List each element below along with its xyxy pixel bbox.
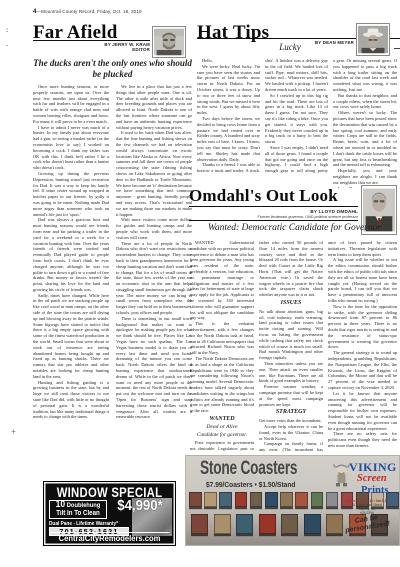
hat-tips-column-2: shot'. A hotshot was a delivery guy in t… [265, 58, 328, 174]
coaster-thumbnail [219, 492, 232, 507]
paragraph: I have to admit I never was much of a hu… [33, 125, 109, 171]
paragraph: Dad was always a gracious host and most … [33, 217, 109, 292]
window-ad-product-line2: Tilt In To Clean [53, 510, 102, 518]
paragraph: Campaign on family farms, if any exist. … [259, 441, 323, 452]
omdahl-subhead-wanted: WANTED [190, 417, 254, 423]
coasters-ad-pricing: $7.99/Coasters • $1.50/Stand [206, 480, 295, 489]
newspaper-page: 4—Mountrail County Record, Friday, Oct. … [0, 0, 400, 567]
paragraph: The North Dakota Democrats are in as bad… [190, 356, 254, 414]
omdahl-rule-bottom [189, 220, 358, 221]
window-special-ad: WINDOW SPECIAL 10 Doublehung Tilt In To … [43, 481, 176, 546]
paragraph: Hopefully, you and your neighbors are al… [333, 168, 397, 185]
paragraph: So I crawled up in this big rig and hit … [265, 93, 328, 145]
coaster-thumbnail [280, 492, 293, 507]
paragraph: Once more hunting seasons, or more prope… [33, 84, 109, 125]
omdahl-column-3: ance of laws passed by citizen initiativ… [328, 240, 397, 452]
print-mark [394, 48, 400, 49]
hat-tips-subtitle: Lucky [255, 42, 325, 52]
paragraph: Two days before the storm, we decided to… [197, 116, 260, 162]
paragraph: a gear. Or missing several gears. If you… [333, 58, 397, 93]
omdahl-headline: Wanted: Democratic Candidate for Governo… [189, 223, 400, 233]
print-mark: . [5, 40, 9, 48]
hat-tips-column-3: a gear. Or missing several gears. If you… [333, 58, 397, 188]
paragraph: There is something in our small town bac… [116, 316, 192, 420]
portrait-man-cowboy-hat-icon [358, 25, 388, 54]
hat-tips-title: Hat Tips [197, 22, 269, 44]
omdahl-col2-paras-b: No talk about abortion, guns, big oil, c… [259, 309, 323, 408]
print-mark: : [5, 26, 9, 34]
omdahl-subhead-issues: ISSUES [259, 301, 323, 307]
window-ad-product-box: 10 Doublehung Tilt In To Clean [49, 500, 107, 519]
paragraph: It used to be, back when Dad was alive, … [116, 130, 192, 217]
byline-role: EDITOR [58, 47, 150, 52]
far-afield-byline: BY JERRY W. KRAM EDITOR [58, 42, 150, 52]
omdahl-column-1: WANTED: Gubernatorial candidate with no … [190, 240, 254, 452]
omdahl-rule-top [189, 206, 358, 207]
far-afield-column-2: We live in a place that has just a few t… [116, 84, 192, 456]
omdahl-title: Omdahl's Out Look [189, 186, 338, 206]
hat-tips-column-1: Hello,We were lucky. Real lucky. I'm sur… [197, 58, 260, 174]
omdahl-subhead-dead-or-alive: Dead or Alive [190, 425, 254, 431]
window-ad-qty: 10 [56, 499, 66, 510]
paragraph: ance of laws passed by citizen initiativ… [328, 240, 397, 257]
paragraph: There are a lot of people in North Dakot… [116, 241, 192, 316]
paragraph: Growing up during the previous Depressio… [33, 171, 109, 217]
omdahl-subhead-strategy: STRATEGY [259, 410, 323, 416]
coaster-thumbnail [250, 492, 263, 507]
issue-line: —Mountrail County Record, Friday, Oct. 1… [36, 9, 141, 14]
far-afield-column-1: Once more hunting seasons, or more prope… [33, 84, 109, 478]
viking-mascot-icon [333, 463, 350, 487]
omdahl-col1-paras-b: Prior experience in government not desir… [190, 440, 254, 452]
print-mark: + [11, 427, 16, 436]
coaster-thumbnail [311, 492, 324, 507]
window-ad-website: CentralCityRemodelers.com [49, 532, 170, 543]
far-afield-headline: The ducks aren't the only ones who shoul… [33, 58, 192, 79]
paragraph: Since I was empty, I didn't need all of … [265, 145, 328, 174]
byline-name: BY LLOYD OMDAHL [250, 209, 358, 214]
paragraph: Let it be known that anyone answering th… [328, 391, 397, 432]
paragraph: Now is the time for the opposition to st… [328, 304, 397, 350]
omdahl-col2-paras-a: father who carried 50 pounds of flour 14… [259, 240, 323, 298]
kram-photo [152, 26, 186, 58]
paragraph: There are no safety nets for politicians… [328, 431, 397, 448]
viking-ad-name-2: Screen [357, 473, 387, 484]
page-header: 4—Mountrail County Record, Friday, Oct. … [33, 9, 142, 15]
coaster-thumbnail [191, 514, 208, 534]
paragraph: But thanks to that neighbor, and a coupl… [333, 93, 397, 110]
window-ad-price: $4,990* [108, 497, 171, 514]
coaster-thumbnail [204, 492, 217, 507]
window-ad-product-line1: Doublehung [67, 502, 101, 509]
coaster-thumbnail [304, 514, 321, 534]
paragraph: father who carried 50 pounds of flour 14… [259, 240, 323, 298]
paragraph: Promise warmer weather, a campaign promi… [259, 384, 323, 407]
viking-ad-name-3: Prints [361, 485, 388, 496]
paragraph: The general strategy is to round up inde… [328, 350, 397, 391]
coaster-thumbnail [259, 514, 276, 534]
paragraph: shot'. A hotshot was a delivery guy in t… [265, 58, 328, 93]
coaster-thumbnail [236, 514, 253, 534]
paragraph: Thanks to a friend, I was able to borrow… [197, 162, 260, 174]
portrait-man-beard-icon [154, 28, 184, 56]
coaster-thumbnail [235, 492, 248, 507]
coaster-thumbnail [265, 492, 278, 507]
paragraph: We were lucky. Real lucky. I'm sure you … [197, 64, 260, 116]
paragraph: This is the verbatim advertisement, with… [190, 321, 254, 356]
paragraph: No talk about abortion, guns, big oil, c… [259, 309, 323, 361]
paragraph: Others weren't so lucky. The pictures th… [333, 110, 397, 168]
paragraph: Prior experience in government not desir… [190, 440, 254, 452]
coasters-ad-title: Stone Coasters [200, 458, 297, 480]
coaster-thumbnail [214, 514, 231, 534]
paragraph: We live in a place that has just a few t… [116, 84, 192, 130]
coaster-thumbnail [295, 492, 308, 507]
paragraph: WANTED: Gubernatorial candidate with no … [190, 240, 254, 321]
omdahl-col1-paras-a: WANTED: Gubernatorial candidate with no … [190, 240, 254, 414]
coaster-thumbnail [189, 492, 202, 507]
paragraph: Then minorities unless you are one. Then… [259, 361, 323, 384]
paragraph: Accept help wherever it can be found, ev… [259, 424, 323, 441]
omdahl-col2-paras-c: Get more votes than the incumbent.Accept… [259, 418, 323, 452]
omdahl-column-2: father who carried 50 pounds of flour 14… [259, 240, 323, 452]
meyer-photo [356, 23, 390, 56]
omdahl-subhead-candidate: Candidate for governor. [190, 433, 254, 439]
stone-coasters-ad: Stone Coasters $7.99/Coasters • $1.50/St… [185, 455, 400, 546]
paragraph: With more visitors come more dollars for… [116, 217, 192, 240]
paragraph: A big issue will be whether or not the e… [328, 257, 397, 303]
paragraph: Sadly, times have changed. While here in… [33, 293, 109, 380]
paragraph: Hunting and fishing guiding is a growing… [33, 380, 109, 421]
coaster-thumbnail [281, 514, 298, 534]
omdahl-byline-sub: Former lieutenant governor, UND politica… [195, 215, 358, 219]
omdahl-byline: BY LLOYD OMDAHL [250, 209, 358, 214]
